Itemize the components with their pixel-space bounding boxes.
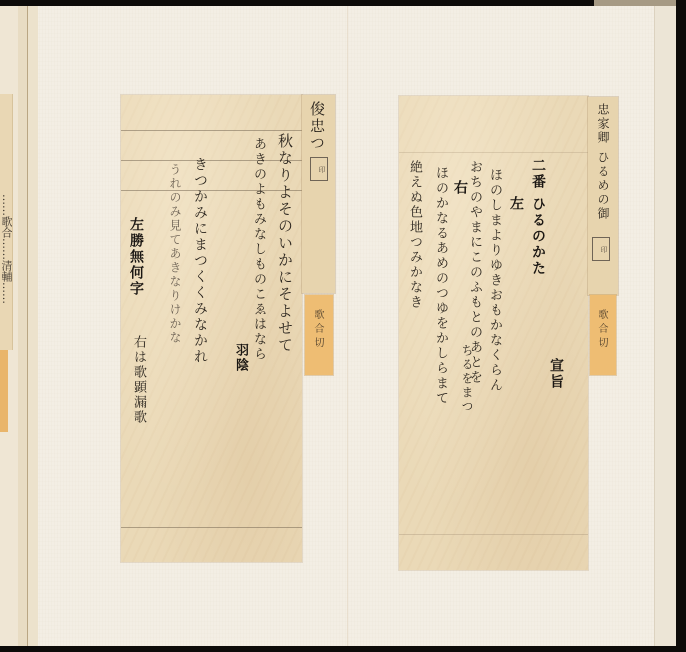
poem-column: おちのやまにこのふもとのあとを	[465, 160, 484, 460]
poem-column: あきのよもみなしものこゑはなら	[249, 137, 268, 437]
ruled-line	[399, 152, 588, 153]
ruled-line	[399, 534, 588, 535]
ruled-line	[121, 130, 302, 131]
poem-column: ちるをまつ	[459, 344, 476, 414]
author-name: 宣旨	[546, 358, 566, 390]
poem-column: うれのみ見てあきなりけかな	[167, 163, 184, 443]
left-catalog-label: 歌合切	[305, 295, 333, 375]
right-catalog-label: 歌合切	[590, 295, 616, 375]
side-left-marker: 左	[506, 196, 526, 212]
catalog-label-text: 歌合切	[594, 309, 609, 351]
binding-strip-inner	[28, 6, 38, 646]
right-manuscript-fragment: 二番 ひるのかた 左 ほのしまよりゆきおもかなくらん おちのやまにこのふもとのあ…	[399, 96, 588, 570]
album-photo: ……歌合……清輔…… 秋なりよそのいかにそよせて あきのよもみなしものこゑはなら…	[0, 0, 686, 652]
binding-strip	[18, 6, 27, 646]
left-attribution-strip: 俊忠つ 印	[302, 95, 335, 293]
attribution-text: 俊忠つ	[307, 101, 328, 152]
next-page-edge	[594, 0, 676, 6]
judgment-column: 右は歌顕漏歌	[129, 335, 148, 425]
seal-stamp: 印	[592, 237, 610, 261]
poem-column: きつかみにまつくくみなかれ	[190, 157, 210, 517]
previous-fragment: ……歌合……清輔……	[0, 94, 13, 350]
catalog-label-text: 歌合切	[310, 309, 325, 351]
poem-column: 絶えぬ色地つみかなき	[405, 160, 424, 410]
background-edge	[676, 0, 686, 652]
side-right-marker: 右	[450, 180, 470, 196]
poem-column: ほのかなるあめのつゆをかしらまて	[431, 166, 450, 546]
right-page-edge	[654, 6, 677, 646]
poem-column: ほのしまよりゆきおもかなくらん	[485, 168, 504, 528]
seal-stamp: 印	[310, 157, 328, 181]
previous-orange-label	[0, 350, 8, 432]
left-manuscript-fragment: 秋なりよそのいかにそよせて あきのよもみなしものこゑはなら 羽陰 きつかみにまつ…	[121, 95, 302, 562]
right-attribution-strip: 忠家卿 ひるめの御 印	[588, 97, 618, 295]
poem-column: 秋なりよそのいかにそよせて	[275, 133, 296, 533]
page-fold	[347, 6, 349, 646]
author-name: 羽陰	[231, 343, 250, 373]
round-heading: 二番 ひるのかた	[528, 158, 548, 277]
judgment-column: 左勝無何字	[126, 217, 146, 297]
